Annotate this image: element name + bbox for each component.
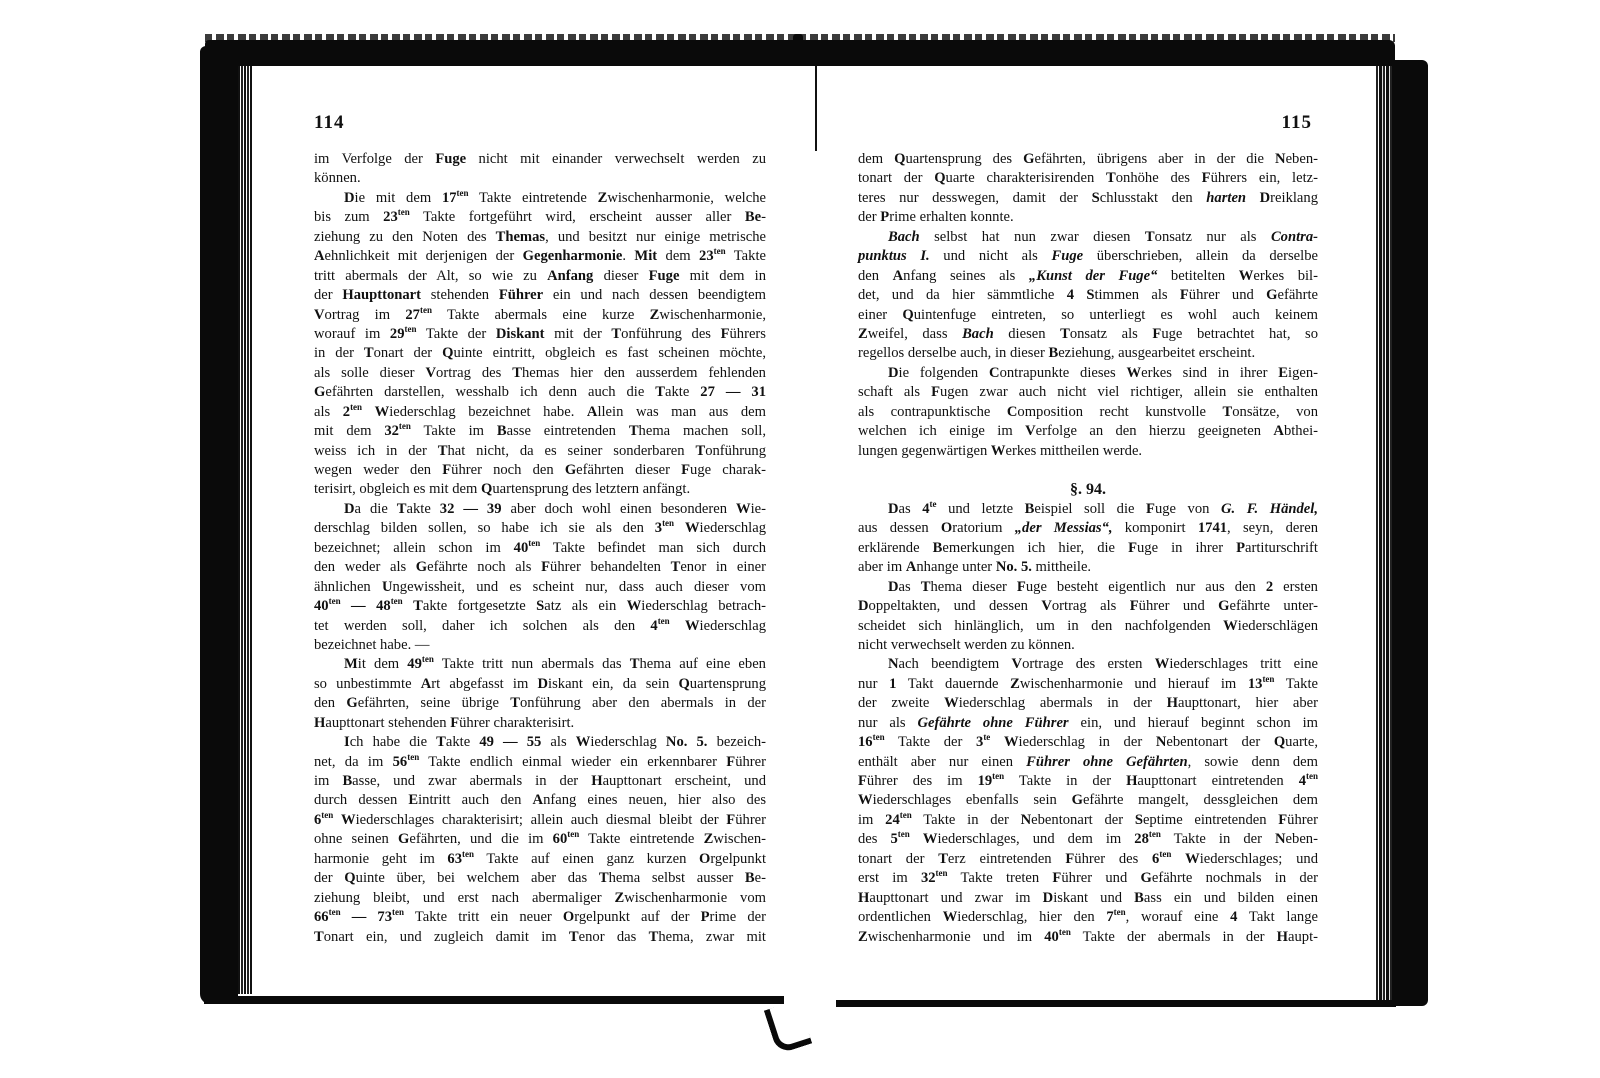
text-line: nicht verwechselt werden zu können. (858, 636, 1318, 655)
text-line: Haupttonart und zwar im Diskant und Bass… (858, 889, 1318, 908)
text-line: Zwischenharmonie und im 40ten Takte der … (858, 928, 1318, 947)
text-line: den Anfang seines als „Kunst der Fuge“ b… (858, 267, 1318, 286)
text-line: der zweite Wiederschlag abermals in der … (858, 694, 1318, 713)
text-line: punktus I. und nicht als Fuge überschrie… (858, 247, 1318, 266)
text-line: scheidet sich hinlänglich, um in den nac… (858, 617, 1318, 636)
text-line: terisirt, obgleich es mit dem Quartenspr… (314, 480, 766, 499)
text-line: im Verfolge der Fuge nicht mit einander … (314, 150, 766, 169)
text-line: den weder als Gefährte noch als Führer b… (314, 558, 766, 577)
text-line: harmonie geht im 63ten Takte auf einen g… (314, 850, 766, 869)
text-line: Gefährten darstellen, wesshalb ich denn … (314, 383, 766, 402)
text-line: ordentlichen Wiederschlag, hier den 7ten… (858, 908, 1318, 927)
page-edges-right (1376, 66, 1392, 1002)
text-line: enthält aber nur einen Führer ohne Gefäh… (858, 753, 1318, 772)
text-line: derschlag bilden sollen, so habe ich sie… (314, 519, 766, 538)
text-line: Wiederschlages ebenfalls sein Gefährte m… (858, 791, 1318, 810)
text-line: Doppeltakten, und dessen Vortrag als Füh… (858, 597, 1318, 616)
book-cover-bottom-left (204, 996, 784, 1004)
text-line: Ich habe die Takte 49 — 55 als Wiedersch… (314, 733, 766, 752)
text-line: det, und da hier sämmtliche 4 Stimmen al… (858, 286, 1318, 305)
page-body: dem Quartensprung des Gefährten, übrigen… (858, 150, 1318, 947)
bookmark-ribbon-bottom (764, 1000, 812, 1055)
text-line: bis zum 23ten Takte fortgeführt wird, er… (314, 208, 766, 227)
text-line: lungen gegenwärtigen Werkes mittheilen w… (858, 442, 1318, 461)
page-edges-left (238, 66, 252, 994)
text-line: wegen weder den Führer noch den Gefährte… (314, 461, 766, 480)
text-line: bezeichnet habe. — (314, 636, 766, 655)
text-line: Tonart ein, und zugleich damit im Tenor … (314, 928, 766, 947)
text-line: Mit dem 49ten Takte tritt nun abermals d… (314, 655, 766, 674)
text-line: durch dessen Eintritt auch den Anfang ei… (314, 791, 766, 810)
text-line: als solle dieser Vortrag des Themas hier… (314, 364, 766, 383)
text-line: der Haupttonart stehenden Führer ein und… (314, 286, 766, 305)
bookmark-ribbon-top (793, 34, 803, 50)
text-line: 66ten — 73ten Takte tritt ein neuer Orge… (314, 908, 766, 927)
book-cover-bottom-right (836, 1000, 1396, 1007)
text-line: einer Quintenfuge eintreten, so unterlie… (858, 306, 1318, 325)
text-line: ähnlichen Ungewissheit, und es scheint n… (314, 578, 766, 597)
text-line: regellos derselbe auch, in dieser Bezieh… (858, 344, 1318, 363)
text-line: der Prime erhalten konnte. (858, 208, 1318, 227)
text-line: teres nur desswegen, damit der Schlussta… (858, 189, 1318, 208)
text-line: des 5ten Wiederschlages, und dem im 28te… (858, 830, 1318, 849)
text-line: Die mit dem 17ten Takte eintretende Zwis… (314, 189, 766, 208)
text-line: weiss ich in der That nicht, da es seine… (314, 442, 766, 461)
text-line: 40ten — 48ten Takte fortgesetzte Satz al… (314, 597, 766, 616)
text-line: Haupttonart stehenden Führer charakteris… (314, 714, 766, 733)
text-line: so unbestimmte Art abgefasst im Diskant … (314, 675, 766, 694)
text-line: können. (314, 169, 766, 188)
text-line: welchen ich einige im Verfolge an den hi… (858, 422, 1318, 441)
page-number: 115 (1282, 112, 1312, 134)
text-line: Bach selbst hat nun zwar diesen Tonsatz … (858, 228, 1318, 247)
text-line: Da die Takte 32 — 39 aber doch wohl eine… (314, 500, 766, 519)
text-line: tet werden soll, daher ich solchen als d… (314, 617, 766, 636)
text-line: aus dessen Oratorium „der Messias“, komp… (858, 519, 1318, 538)
text-line: nur als Gefährte ohne Führer ein, und hi… (858, 714, 1318, 733)
text-line: 16ten Takte der 3te Wiederschlag in der … (858, 733, 1318, 752)
text-line: tonart der Quarte charakterisirenden Ton… (858, 169, 1318, 188)
text-line: schaft als Fugen zwar auch nicht viel ri… (858, 383, 1318, 402)
page-number: 114 (314, 112, 344, 134)
text-line: 6ten Wiederschlages charakterisirt; alle… (314, 811, 766, 830)
text-line: Das Thema dieser Fuge besteht eigentlich… (858, 578, 1318, 597)
text-line: tonart der Terz eintretenden Führer des … (858, 850, 1318, 869)
right-page: 115 dem Quartensprung des Gefährten, übr… (818, 66, 1376, 996)
text-line: in der Tonart der Quinte eintritt, obgle… (314, 344, 766, 363)
text-line: mit dem 32ten Takte im Basse eintretende… (314, 422, 766, 441)
page-body: im Verfolge der Fuge nicht mit einander … (314, 150, 766, 947)
text-line: erst im 32ten Takte treten Führer und Ge… (858, 869, 1318, 888)
text-line: bezeichnet; allein schon im 40ten Takte … (314, 539, 766, 558)
text-line: der Quinte über, bei welchem aber das Th… (314, 869, 766, 888)
text-line: als 2ten Wiederschlag bezeichnet habe. A… (314, 403, 766, 422)
text-line: nur 1 Takt dauernde Zwischenharmonie und… (858, 675, 1318, 694)
book-cover-left (200, 46, 238, 1004)
spine-gutter-line (815, 66, 817, 151)
text-line: als contrapunktische Composition recht k… (858, 403, 1318, 422)
text-line: Vortrag im 27ten Takte abermals eine kur… (314, 306, 766, 325)
section-heading: §. 94. (858, 480, 1318, 499)
text-line: Das 4te und letzte Beispiel soll die Fug… (858, 500, 1318, 519)
text-line: Führer des im 19ten Takte in der Hauptto… (858, 772, 1318, 791)
text-line (858, 461, 1318, 480)
text-line: ohne seinen Gefährten, und die im 60ten … (314, 830, 766, 849)
text-line: Nach beendigtem Vortrage des ersten Wied… (858, 655, 1318, 674)
text-line: dem Quartensprung des Gefährten, übrigen… (858, 150, 1318, 169)
text-line: den Gefährten, seine übrige Tonführung a… (314, 694, 766, 713)
book-cover-right (1390, 60, 1428, 1006)
text-line: Zweifel, dass Bach diesen Tonsatz als Fu… (858, 325, 1318, 344)
text-line: worauf im 29ten Takte der Diskant mit de… (314, 325, 766, 344)
text-line: aber im Anhange unter No. 5. mittheile. (858, 558, 1318, 577)
text-line: im Basse, und zwar abermals in der Haupt… (314, 772, 766, 791)
text-line: ziehung bleibt, und erst nach abermalige… (314, 889, 766, 908)
left-page: 114 im Verfolge der Fuge nicht mit einan… (252, 66, 814, 996)
text-line: Die folgenden Contrapunkte dieses Werkes… (858, 364, 1318, 383)
text-line: Aehnlichkeit mit derjenigen der Gegenhar… (314, 247, 766, 266)
text-line: tritt abermals der Alt, so wie zu Anfang… (314, 267, 766, 286)
text-line: im 24ten Takte in der Nebentonart der Se… (858, 811, 1318, 830)
text-line: net, da im 56ten Takte endlich einmal wi… (314, 753, 766, 772)
text-line: erklärende Bemerkungen ich hier, die Fug… (858, 539, 1318, 558)
text-line: ziehung zu den Noten des Themas, und bes… (314, 228, 766, 247)
